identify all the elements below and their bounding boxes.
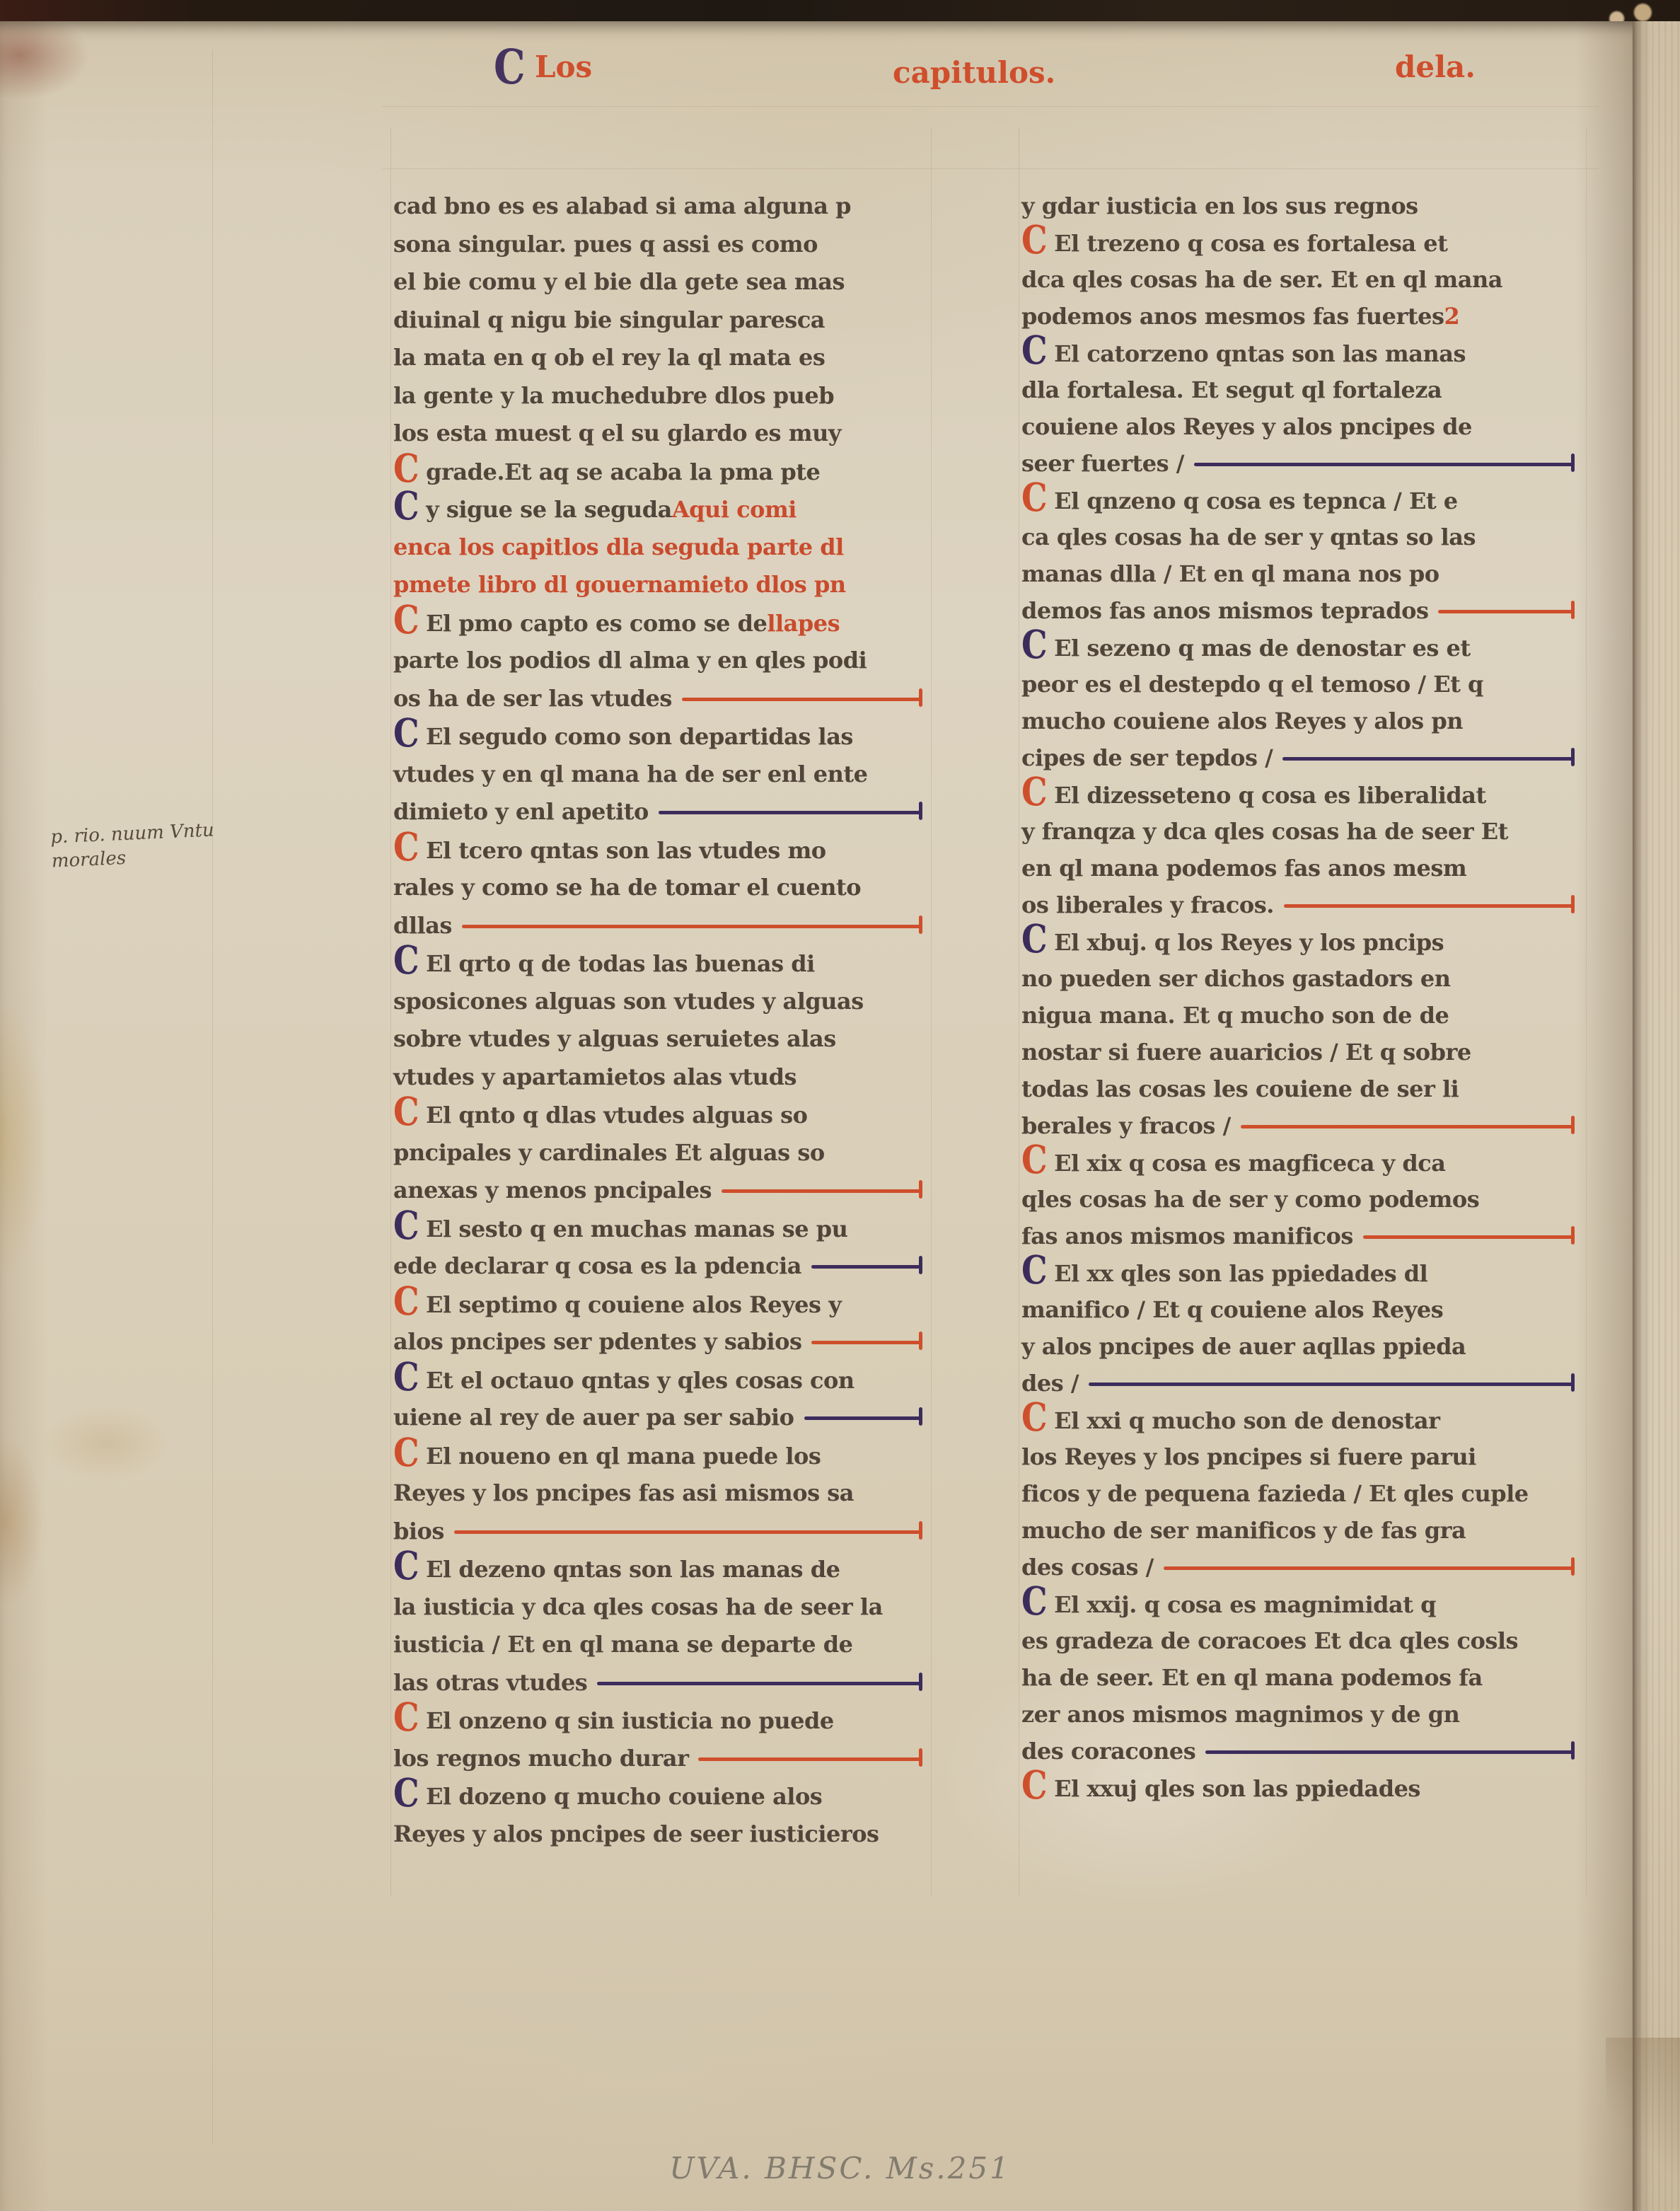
text-line: en ql mana podemos fas anos mesm — [1021, 852, 1582, 884]
text-line: vtudes y en ql mana ha de ser enl ente — [393, 758, 929, 790]
line-filler-ornament — [1164, 1560, 1575, 1574]
text-segment: fas anos mismos manificos — [1021, 1220, 1353, 1252]
line-filler-ornament — [811, 1334, 922, 1349]
text-segment: El xbuj. q los Reyes y los pncips — [1054, 926, 1444, 959]
line-filler-ornament — [1282, 751, 1575, 765]
ruling-line — [212, 50, 213, 2144]
text-line: no pueden ser dichos gastadors en — [1021, 962, 1582, 995]
text-segment: El xxij. q cosa es magnimidat q — [1054, 1588, 1436, 1621]
text-line: CEl qnto q dlas vtudes alguas so — [393, 1098, 929, 1131]
ruling-line — [382, 168, 1599, 169]
line-filler-ornament — [1205, 1744, 1575, 1758]
text-line: y gdar iusticia en los sus regnos — [1021, 190, 1582, 222]
text-segment: cipes de ser tepdos / — [1021, 741, 1273, 774]
text-segment: el bie comu y el bie dla gete sea mas — [393, 265, 845, 298]
line-filler-ornament — [462, 918, 922, 933]
text-line: os ha de ser las vtudes — [393, 682, 929, 715]
text-line: pncipales y cardinales Et alguas so — [393, 1136, 929, 1169]
line-filler-ornament — [454, 1524, 922, 1538]
text-line: CEl sezeno q mas de denostar es et — [1021, 631, 1582, 664]
text-line: mucho de ser manificos y de fas gra — [1021, 1514, 1582, 1547]
text-segment: los regnos mucho durar — [393, 1742, 688, 1774]
text-segment: y sigue se la seguda — [426, 493, 672, 526]
text-segment: ede declarar q cosa es la pdencia — [393, 1249, 801, 1282]
text-segment: rales y como se ha de tomar el cuento — [393, 871, 861, 904]
line-filler-ornament — [722, 1183, 922, 1197]
line-filler-ornament — [1438, 604, 1575, 618]
paraph-icon: C — [393, 1095, 419, 1128]
text-segment: podemos anos mesmos fas fuertes — [1021, 300, 1444, 333]
text-segment: demos fas anos mismos teprados — [1021, 594, 1428, 627]
text-segment: la mata en q ob el rey la ql mata es — [393, 341, 825, 374]
text-segment: El septimo q couiene alos Reyes y — [426, 1288, 841, 1321]
text-line: dla fortalesa. Et segut ql fortaleza — [1021, 374, 1582, 406]
ruling-line — [931, 127, 932, 1896]
line-filler-ornament — [659, 804, 922, 819]
text-segment: dllas — [393, 909, 452, 942]
paraph-icon: C — [1021, 1769, 1047, 1801]
text-segment: los esta muest q el su glardo es muy — [393, 417, 841, 449]
paraph-icon: C — [1021, 1401, 1047, 1433]
text-line: todas las cosas les couiene de ser li — [1021, 1073, 1582, 1105]
paraph-icon: C — [393, 1285, 419, 1317]
text-segment: grade. — [426, 456, 504, 488]
text-line: enca los capitlos dla seguda parte dl — [393, 531, 929, 563]
text-segment: peor es el destepdo q el temoso / Et q — [1021, 668, 1483, 700]
text-column-left: cad bno es es alabad si ama alguna psona… — [393, 190, 929, 1859]
text-segment: El pmo capto es como se de — [426, 607, 767, 640]
text-segment: manifico / Et q couiene alos Reyes — [1021, 1293, 1443, 1326]
text-segment: dla fortalesa. Et segut ql fortaleza — [1021, 374, 1442, 406]
text-line: CEl tcero qntas son las vtudes mo — [393, 833, 929, 867]
text-segment: no pueden ser dichos gastadors en — [1021, 962, 1451, 995]
text-line: diuinal q nigu bie singular paresca — [393, 304, 929, 336]
text-segment: es gradeza de coracoes Et dca qles cosls — [1021, 1624, 1518, 1657]
text-line: bios — [393, 1515, 929, 1547]
text-line: los Reyes y los pncipes si fuere parui — [1021, 1441, 1582, 1473]
text-segment: pncipales y cardinales Et alguas so — [393, 1136, 825, 1169]
line-filler-ornament — [1284, 898, 1575, 912]
text-segment: anexas y menos pncipales — [393, 1174, 712, 1206]
text-segment: El xxi q mucho son de denostar — [1054, 1404, 1439, 1437]
text-segment: y gdar iusticia en los sus regnos — [1021, 190, 1418, 222]
line-filler-ornament — [698, 1751, 922, 1765]
text-line: os liberales y fracos. — [1021, 889, 1582, 921]
paraph-icon: C — [393, 1777, 419, 1809]
text-segment: uiene al rey de auer pa ser sabio — [393, 1401, 794, 1433]
text-segment: El sezeno q mas de denostar es et — [1054, 632, 1471, 664]
shelfmark-caption: UVA. BHSC. Ms.251 — [0, 2151, 1680, 2186]
text-line: parte los podios dl alma y en qles podi — [393, 644, 929, 676]
line-filler-ornament — [1194, 456, 1575, 471]
text-segment: y franqza y dca qles cosas ha de seer Et — [1021, 815, 1508, 848]
text-line: CEl qnzeno q cosa es tepnca / Et e — [1021, 484, 1582, 517]
text-line: Cy sigue se la seguda Aqui comi — [393, 492, 929, 526]
text-segment: pmete libro dl gouernamieto dlos pn — [393, 568, 846, 601]
text-line: ficos y de pequena fazieda / Et qles cup… — [1021, 1477, 1582, 1510]
line-filler-ornament — [682, 691, 922, 705]
text-segment: os ha de ser las vtudes — [393, 682, 672, 715]
text-line: rales y como se ha de tomar el cuento — [393, 871, 929, 904]
text-column-right: y gdar iusticia en los sus regnosCEl tre… — [1021, 190, 1582, 1817]
text-segment: sposicones alguas son vtudes y alguas — [393, 985, 864, 1017]
text-line: cipes de ser tepdos / — [1021, 741, 1582, 774]
text-line: CEl onzeno q sin iusticia no puede — [393, 1704, 929, 1737]
text-segment: dimieto y enl apetito — [393, 795, 649, 828]
text-segment: El catorzeno qntas son las manas — [1054, 337, 1466, 370]
text-segment: El xx qles son las ppiedades dl — [1054, 1257, 1427, 1290]
text-line: CEl xbuj. q los Reyes y los pncips — [1021, 925, 1582, 959]
text-segment: zer anos mismos magnimos y de gn — [1021, 1698, 1459, 1731]
text-segment: vtudes y apartamietos alas vtuds — [393, 1061, 796, 1093]
text-line: demos fas anos mismos teprados — [1021, 594, 1582, 627]
text-segment: en ql mana podemos fas anos mesm — [1021, 852, 1466, 884]
paraph-icon: C — [393, 1361, 419, 1393]
paraph-icon: C — [1021, 628, 1047, 661]
text-line: fas anos mismos manificos — [1021, 1220, 1582, 1252]
text-line: nigua mana. Et q mucho son de de — [1021, 999, 1582, 1032]
paraph-icon: C — [393, 452, 419, 485]
text-segment: los Reyes y los pncipes si fuere parui — [1021, 1441, 1476, 1473]
text-line: nostar si fuere auaricios / Et q sobre — [1021, 1036, 1582, 1068]
text-line: dca qles cosas ha de ser. Et en ql mana — [1021, 263, 1582, 296]
text-line: cad bno es es alabad si ama alguna p — [393, 190, 929, 222]
text-segment: la iusticia y dca qles cosas ha de seer … — [393, 1591, 883, 1623]
text-line: CEl xx qles son las ppiedades dl — [1021, 1257, 1582, 1290]
line-filler-ornament — [811, 1259, 922, 1273]
text-segment: sobre vtudes y alguas seruietes alas — [393, 1022, 836, 1055]
text-segment: ca qles cosas ha de ser y qntas so las — [1021, 521, 1476, 553]
text-line: seer fuertes / — [1021, 447, 1582, 480]
text-segment: nostar si fuere auaricios / Et q sobre — [1021, 1036, 1471, 1068]
text-line: CEl xxi q mucho son de denostar — [1021, 1404, 1582, 1437]
text-line: la iusticia y dca qles cosas ha de seer … — [393, 1591, 929, 1623]
text-line: des / — [1021, 1367, 1582, 1399]
margin-annotation: p. rio. nuum Vntu morales — [50, 816, 265, 873]
text-line: Cgrade. Et aq se acaba la pma pte — [393, 455, 929, 488]
ruling-line — [382, 106, 1599, 107]
text-segment: las otras vtudes — [393, 1666, 587, 1699]
text-line: vtudes y apartamietos alas vtuds — [393, 1061, 929, 1093]
text-segment: El qnto q dlas vtudes alguas so — [426, 1099, 807, 1131]
ruling-line — [1586, 127, 1587, 1896]
text-line: CEl xix q cosa es magficeca y dca — [1021, 1146, 1582, 1179]
text-line: dllas — [393, 909, 929, 942]
text-segment: la gente y la muchedubre dlos pueb — [393, 379, 834, 412]
text-segment: cad bno es es alabad si ama alguna p — [393, 190, 851, 222]
text-line: des coracones — [1021, 1735, 1582, 1767]
text-line: iusticia / Et en ql mana se departe de — [393, 1628, 929, 1661]
text-line: manifico / Et q couiene alos Reyes — [1021, 1293, 1582, 1326]
text-segment: alos pncipes ser pdentes y sabios — [393, 1325, 801, 1358]
text-line: CEl qrto q de todas las buenas di — [393, 947, 929, 980]
text-line: es gradeza de coracoes Et dca qles cosls — [1021, 1624, 1582, 1657]
text-line: la gente y la muchedubre dlos pueb — [393, 379, 929, 412]
text-segment: mucho de ser manificos y de fas gra — [1021, 1514, 1466, 1547]
text-line: ca qles cosas ha de ser y qntas so las — [1021, 521, 1582, 553]
text-line: sposicones alguas son vtudes y alguas — [393, 985, 929, 1017]
text-segment: os liberales y fracos. — [1021, 889, 1274, 921]
text-line: ede declarar q cosa es la pdencia — [393, 1249, 929, 1282]
text-line: y alos pncipes de auer aqllas ppieda — [1021, 1330, 1582, 1363]
text-line: des cosas / — [1021, 1551, 1582, 1583]
text-segment: Reyes y alos pncipes de seer iusticieros — [393, 1818, 879, 1850]
text-line: CEl trezeno q cosa es fortalesa et — [1021, 226, 1582, 260]
text-segment: Et aq se acaba la pma pte — [504, 456, 820, 488]
text-line: las otras vtudes — [393, 1666, 929, 1699]
paraph-icon: C — [1021, 1254, 1047, 1286]
paraph-icon: C — [393, 944, 419, 976]
text-segment: El dizesseteno q cosa es liberalidat — [1054, 779, 1486, 812]
text-segment: El trezeno q cosa es fortalesa et — [1054, 227, 1447, 260]
text-segment: y alos pncipes de auer aqllas ppieda — [1021, 1330, 1466, 1363]
text-line: CEt el octauo qntas y qles cosas con — [393, 1363, 929, 1397]
text-line: CEl catorzeno qntas son las manas — [1021, 337, 1582, 370]
text-line: la mata en q ob el rey la ql mata es — [393, 341, 929, 374]
text-segment: El dezeno qntas son las manas de — [426, 1553, 840, 1586]
text-segment: El dozeno q mucho couiene alos — [426, 1780, 822, 1813]
paraph-icon: C — [1021, 224, 1047, 256]
text-line: uiene al rey de auer pa ser sabio — [393, 1401, 929, 1433]
fore-edge-pages — [1633, 21, 1680, 2211]
paraph-icon: C — [393, 604, 419, 636]
line-filler-ornament — [1241, 1119, 1575, 1133]
text-line: berales y fracos / — [1021, 1109, 1582, 1142]
text-line: CEl sesto q en muchas manas se pu — [393, 1212, 929, 1245]
paraph-icon: C — [393, 1549, 419, 1582]
text-line: peor es el destepdo q el temoso / Et q — [1021, 668, 1582, 700]
text-line: y franqza y dca qles cosas ha de seer Et — [1021, 815, 1582, 848]
manuscript-photo: C Los capitulos. dela. cad bno es es ala… — [0, 0, 1680, 2211]
text-segment: couiene alos Reyes y alos pncipes de — [1021, 410, 1472, 443]
text-segment: llapes — [767, 607, 840, 640]
text-line: dimieto y enl apetito — [393, 795, 929, 828]
text-segment: des coracones — [1021, 1735, 1195, 1767]
text-segment: parte los podios dl alma y en qles podi — [393, 644, 867, 676]
text-line: los regnos mucho durar — [393, 1742, 929, 1774]
paraph-icon: C — [393, 831, 419, 863]
text-line: CEl dozeno q mucho couiene alos — [393, 1779, 929, 1813]
running-header-right: dela. — [1395, 50, 1476, 84]
text-line: CEl pmo capto es como se de llapes — [393, 606, 929, 640]
text-segment: bios — [393, 1515, 444, 1547]
text-line: pmete libro dl gouernamieto dlos pn — [393, 568, 929, 601]
paraph-icon: C — [1021, 481, 1047, 514]
text-segment: qles cosas ha de ser y como podemos — [1021, 1183, 1479, 1216]
running-header-center: capitulos. — [893, 55, 1055, 90]
text-line: los esta muest q el su glardo es muy — [393, 417, 929, 449]
text-segment: sona singular. pues q assi es como — [393, 228, 818, 260]
text-line: couiene alos Reyes y alos pncipes de — [1021, 410, 1582, 443]
text-segment: El tcero qntas son las vtudes mo — [426, 834, 826, 867]
paraph-icon: C — [1021, 775, 1047, 808]
text-line: CEl xxuj qles son las ppiedades — [1021, 1772, 1582, 1805]
text-segment: berales y fracos / — [1021, 1109, 1231, 1142]
paraph-icon: C — [393, 1436, 419, 1469]
text-line: ha de seer. Et en ql mana podemos fa — [1021, 1661, 1582, 1694]
text-segment: El xix q cosa es magficeca y dca — [1054, 1147, 1445, 1179]
text-segment: Et el octauo qntas y qles cosas con — [426, 1364, 854, 1397]
paraph-icon: C — [1021, 923, 1047, 955]
ruling-line — [390, 127, 391, 1896]
paraph-icon: C — [1021, 334, 1047, 366]
text-segment: 2 — [1444, 300, 1459, 333]
text-segment: todas las cosas les couiene de ser li — [1021, 1073, 1459, 1105]
text-line: CEl segudo como son departidas las — [393, 720, 929, 753]
text-line: qles cosas ha de ser y como podemos — [1021, 1183, 1582, 1216]
text-line: CEl septimo q couiene alos Reyes y — [393, 1288, 929, 1321]
text-line: CEl dizesseteno q cosa es liberalidat — [1021, 778, 1582, 812]
paraph-icon: C — [1021, 1143, 1047, 1176]
paraph-icon: C — [494, 39, 526, 95]
text-segment: enca los capitlos dla seguda parte dl — [393, 531, 844, 563]
line-filler-ornament — [597, 1675, 922, 1690]
paraph-icon: C — [393, 717, 419, 749]
text-line: el bie comu y el bie dla gete sea mas — [393, 265, 929, 298]
text-line: CEl xxij. q cosa es magnimidat q — [1021, 1588, 1582, 1621]
text-line: sona singular. pues q assi es como — [393, 228, 929, 260]
text-line: podemos anos mesmos fas fuertes 2 — [1021, 300, 1582, 333]
line-filler-ornament — [1089, 1376, 1575, 1390]
line-filler-ornament — [1363, 1229, 1575, 1243]
text-segment: El onzeno q sin iusticia no puede — [426, 1704, 834, 1737]
text-segment: Reyes y los pncipes fas asi mismos sa — [393, 1477, 854, 1509]
line-filler-ornament — [804, 1410, 922, 1424]
text-line: sobre vtudes y alguas seruietes alas — [393, 1022, 929, 1055]
text-line: manas dlla / Et en ql mana nos po — [1021, 558, 1582, 590]
text-line: Reyes y alos pncipes de seer iusticieros — [393, 1818, 929, 1850]
text-line: Reyes y los pncipes fas asi mismos sa — [393, 1477, 929, 1509]
text-segment: El sesto q en muchas manas se pu — [426, 1213, 847, 1245]
text-segment: manas dlla / Et en ql mana nos po — [1021, 558, 1439, 590]
paraph-icon: C — [393, 1209, 419, 1242]
text-segment: ha de seer. Et en ql mana podemos fa — [1021, 1661, 1483, 1694]
paraph-icon: C — [1021, 1585, 1047, 1617]
text-segment: El noueno en ql mana puede los — [426, 1440, 821, 1472]
text-segment: dca qles cosas ha de ser. Et en ql mana — [1021, 263, 1502, 296]
text-line: alos pncipes ser pdentes y sabios — [393, 1325, 929, 1358]
running-header-left: Los — [535, 50, 592, 84]
text-segment: ficos y de pequena fazieda / Et qles cup… — [1021, 1477, 1529, 1510]
text-segment: El xxuj qles son las ppiedades — [1054, 1772, 1420, 1805]
text-line: mucho couiene alos Reyes y alos pn — [1021, 705, 1582, 737]
text-segment: nigua mana. Et q mucho son de de — [1021, 999, 1449, 1032]
text-segment: mucho couiene alos Reyes y alos pn — [1021, 705, 1463, 737]
text-line: anexas y menos pncipales — [393, 1174, 929, 1206]
text-segment: diuinal q nigu bie singular paresca — [393, 304, 825, 336]
text-segment: El qrto q de todas las buenas di — [426, 947, 815, 980]
text-segment: iusticia / Et en ql mana se departe de — [393, 1628, 852, 1661]
paraph-icon: C — [393, 1701, 419, 1733]
paraph-icon: C — [393, 490, 419, 522]
text-line: zer anos mismos magnimos y de gn — [1021, 1698, 1582, 1731]
text-segment: El segudo como son departidas las — [426, 720, 853, 753]
text-line: CEl dezeno qntas son las manas de — [393, 1552, 929, 1586]
text-segment: Aqui comi — [672, 493, 796, 526]
text-segment: vtudes y en ql mana ha de ser enl ente — [393, 758, 868, 790]
ruling-line — [1019, 127, 1019, 1896]
text-line: CEl noueno en ql mana puede los — [393, 1439, 929, 1472]
text-segment: El qnzeno q cosa es tepnca / Et e — [1054, 485, 1458, 517]
